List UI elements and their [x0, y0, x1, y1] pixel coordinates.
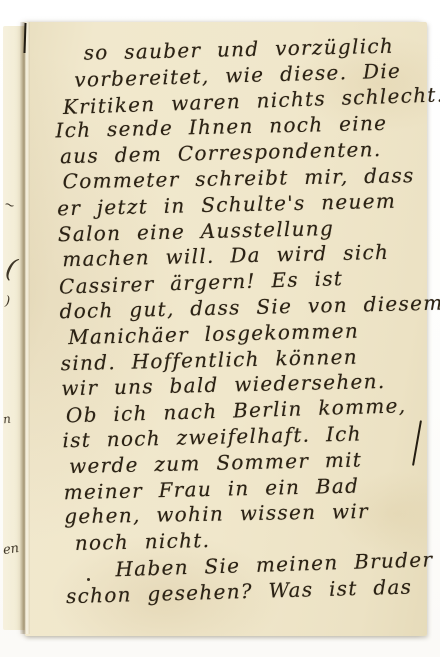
edge-ink-mark: n — [2, 412, 11, 427]
letter-photograph: ~ ( ) n en so sauber und vorzüglich vorb… — [0, 0, 440, 657]
edge-ink-mark: ( — [3, 253, 20, 285]
ink-dot — [87, 578, 90, 581]
handwriting-block: so sauber und vorzüglich vorbereitet, wi… — [25, 13, 440, 610]
edge-ink-mark: ) — [4, 294, 10, 309]
edge-ink-mark: ~ — [2, 197, 17, 215]
fold-crease — [20, 22, 30, 634]
letter-page: so sauber und vorzüglich vorbereitet, wi… — [25, 22, 427, 636]
edge-ink-mark: en — [2, 541, 20, 558]
